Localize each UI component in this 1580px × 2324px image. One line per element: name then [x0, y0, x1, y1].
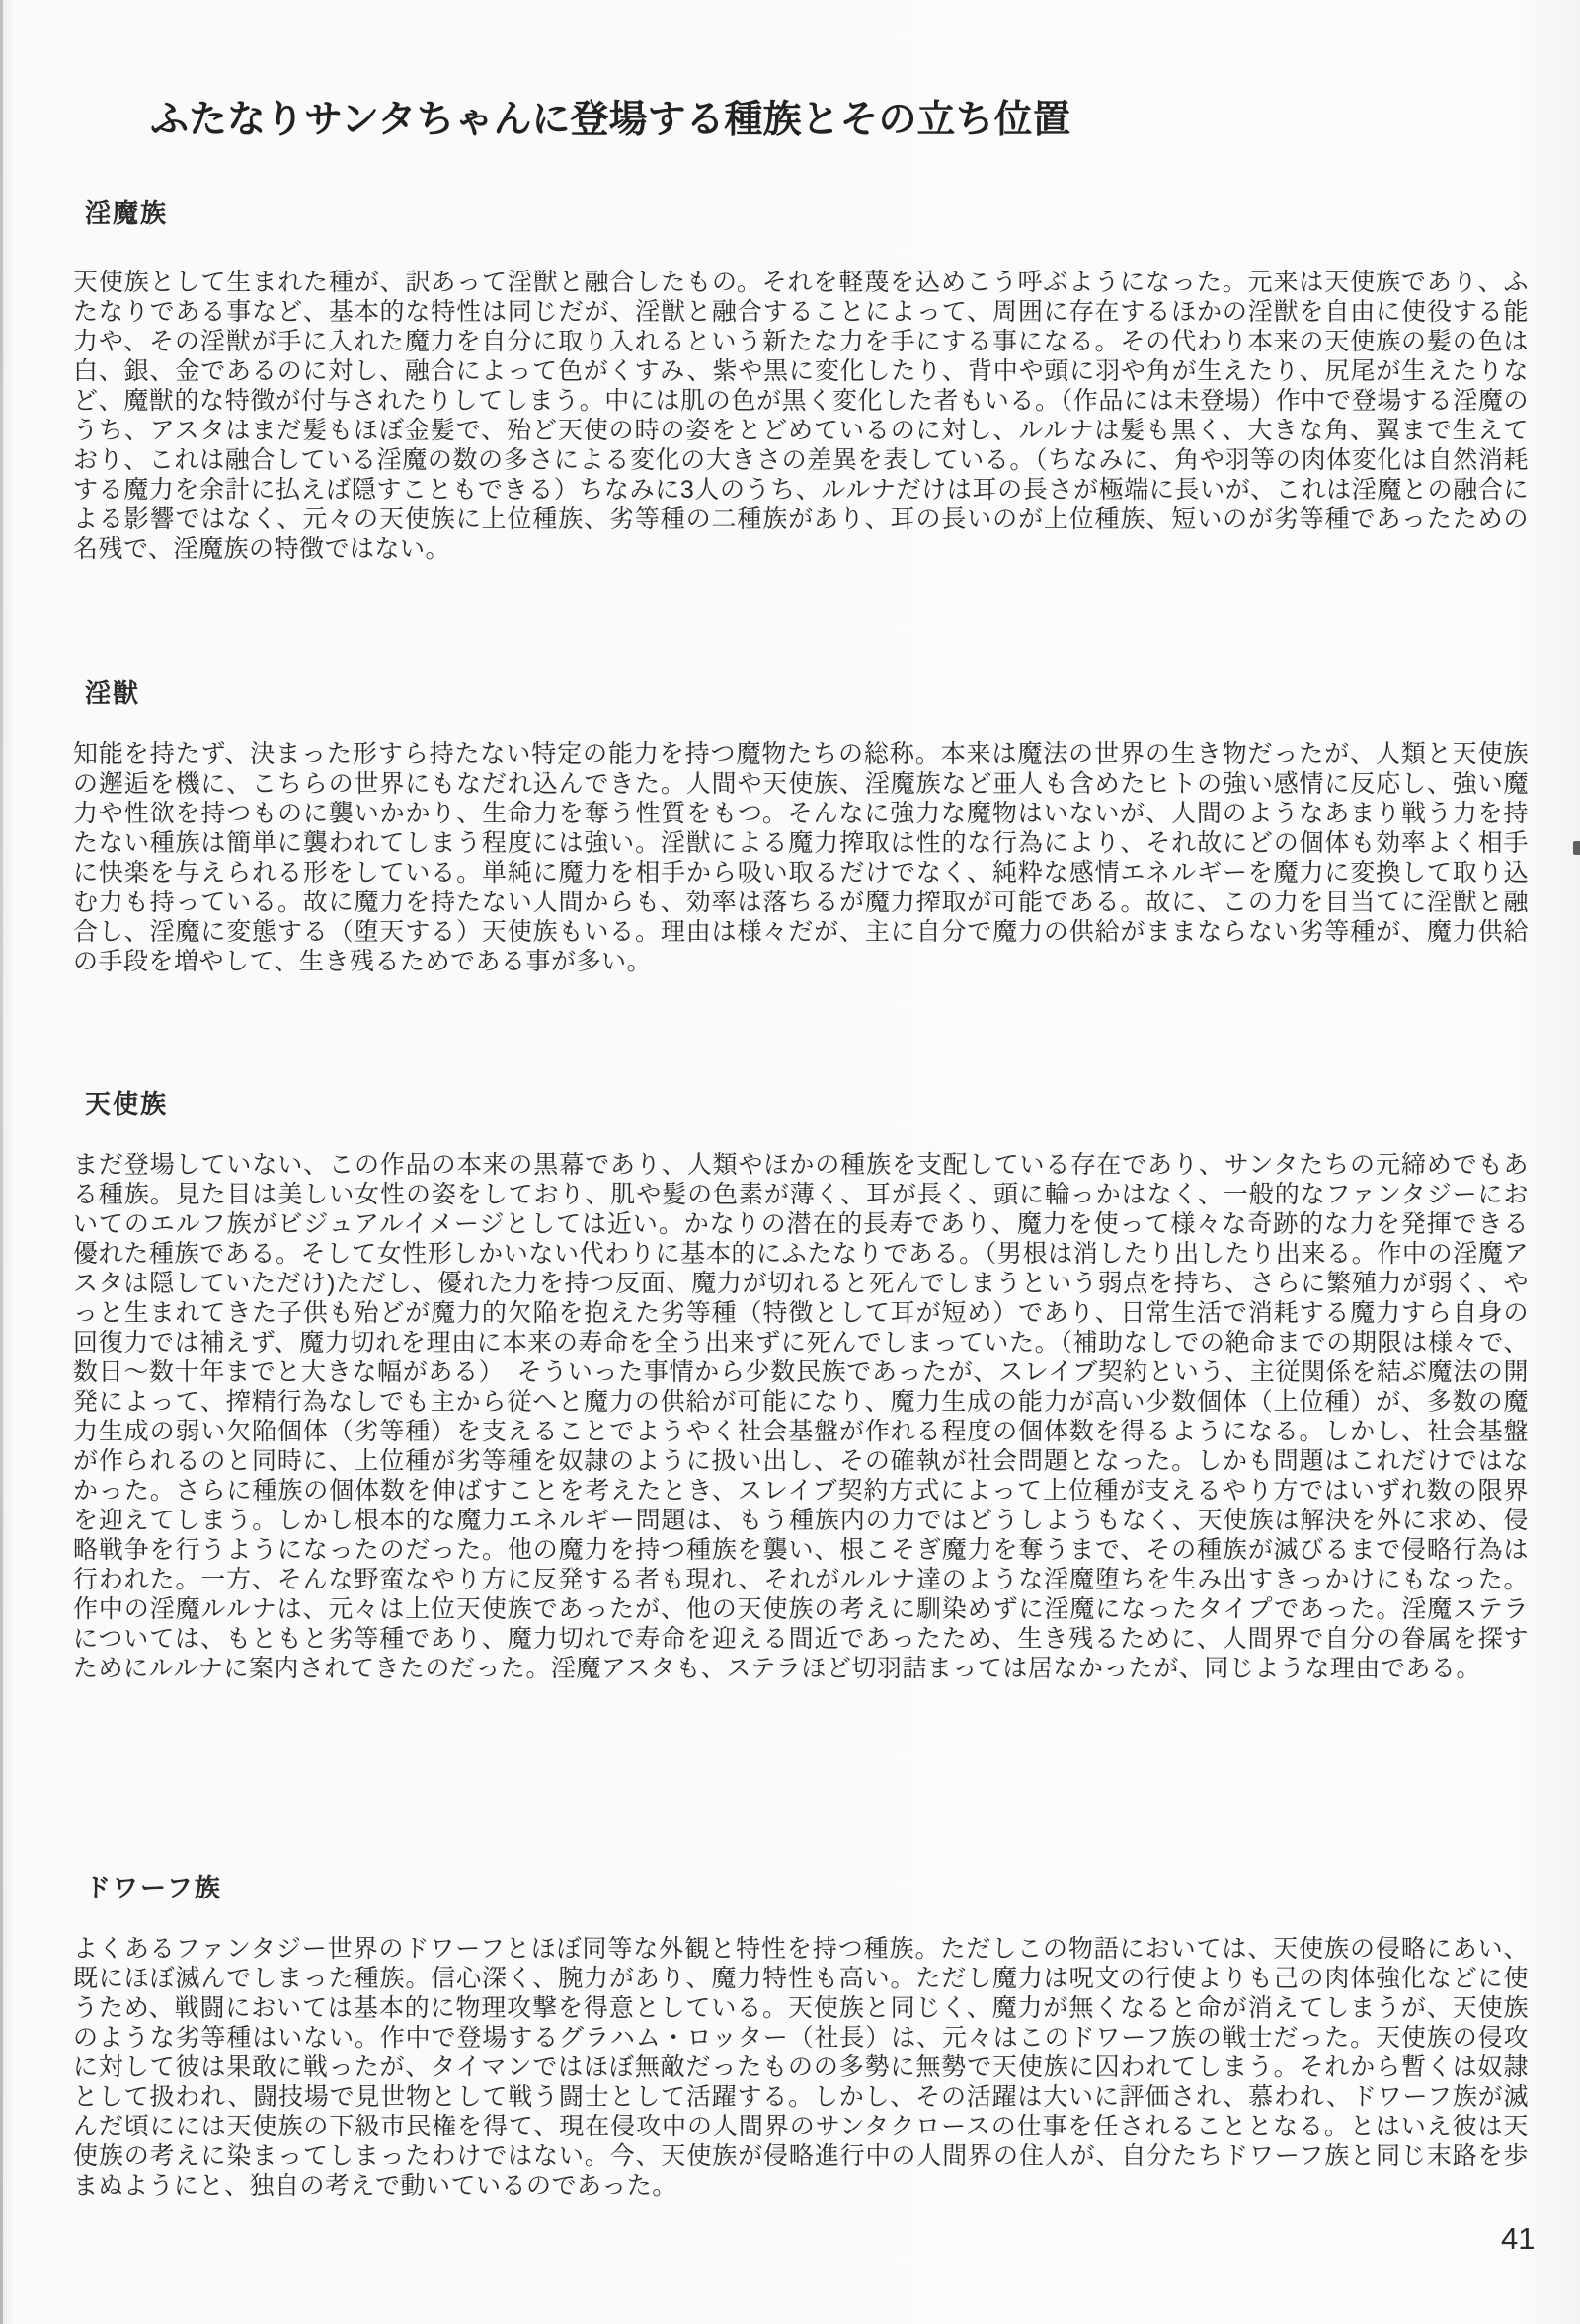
- section-heading-dwarf: ドワーフ族: [85, 1868, 222, 1904]
- section-heading-tenshizoku: 天使族: [85, 1084, 168, 1121]
- page-title: ふたなりサンタちゃんに登場する種族とその立ち位置: [150, 89, 1071, 144]
- section-body-dwarf: よくあるファンタジー世界のドワーフとほぼ同等な外観と特性を持つ種族。ただしこの物…: [73, 1934, 1529, 2201]
- section-heading-injuu: 淫獣: [85, 673, 140, 710]
- scanned-page: ふたなりサンタちゃんに登場する種族とその立ち位置 淫魔族 天使族として生まれた種…: [0, 0, 1580, 2324]
- page-number: 41: [1501, 2221, 1535, 2257]
- scan-artifact: [1573, 841, 1580, 855]
- scan-edge-shadow: [0, 0, 3, 2324]
- section-heading-inmazoku: 淫魔族: [85, 194, 168, 230]
- section-body-injuu: 知能を持たず、決まった形すら持たない特定の能力を持つ魔物たちの総称。本来は魔法の…: [73, 739, 1529, 976]
- section-body-tenshizoku: まだ登場していない、この作品の本来の黒幕であり、人類やほかの種族を支配している存…: [73, 1150, 1529, 1683]
- section-body-inmazoku: 天使族として生まれた種が、訳あって淫獣と融合したもの。それを軽蔑を込めこう呼ぶよ…: [73, 268, 1529, 564]
